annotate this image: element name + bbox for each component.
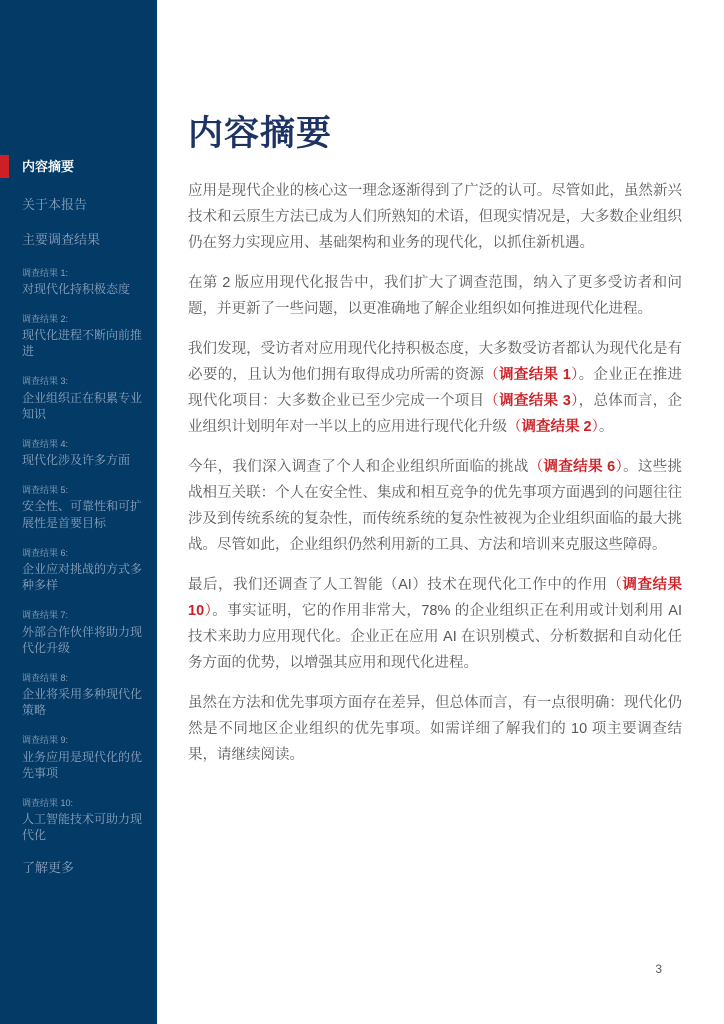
paragraph-4: 最后，我们还调查了人工智能（AI）技术在现代化工作中的作用（调查结果 10）。事… (188, 572, 682, 676)
paragraph-text: 。 (599, 419, 614, 435)
finding-ref[interactable]: 调查结果 1 (499, 367, 571, 383)
finding-ref[interactable]: 调查结果 2 (522, 419, 592, 435)
sidebar-item-label: 人工智能技术可助力现代化 (22, 811, 143, 843)
sidebar-item-0[interactable]: 内容摘要 (22, 158, 143, 176)
sidebar-item-label: 外部合作伙伴将助力现代化升级 (22, 624, 143, 656)
sidebar-item-eyebrow: 调查结果 3: (22, 375, 143, 387)
sidebar-item-eyebrow: 调查结果 2: (22, 313, 143, 325)
main-content: 内容摘要 应用是现代企业的核心这一理念逐渐得到了广泛的认可。尽管如此，虽然新兴技… (188, 0, 682, 782)
finding-ref-paren: （ (507, 419, 522, 435)
sidebar-item-label: 关于本报告 (22, 196, 143, 214)
sidebar: 内容摘要关于本报告主要调查结果调查结果 1:对现代化持积极态度调查结果 2:现代… (0, 0, 157, 1024)
sidebar-item-label: 现代化涉及许多方面 (22, 452, 143, 468)
sidebar-nav: 内容摘要关于本报告主要调查结果调查结果 1:对现代化持积极态度调查结果 2:现代… (22, 158, 143, 877)
sidebar-item-6[interactable]: 调查结果 4:现代化涉及许多方面 (22, 438, 143, 468)
sidebar-item-1[interactable]: 关于本报告 (22, 196, 143, 214)
sidebar-item-label: 企业应对挑战的方式多种多样 (22, 561, 143, 593)
sidebar-item-label: 对现代化持积极态度 (22, 281, 143, 297)
sidebar-item-2[interactable]: 主要调查结果 (22, 231, 143, 249)
sidebar-item-eyebrow: 调查结果 4: (22, 438, 143, 450)
sidebar-item-8[interactable]: 调查结果 6:企业应对挑战的方式多种多样 (22, 547, 143, 594)
paragraph-text: 在第 2 版应用现代化报告中，我们扩大了调查范围，纳入了更多受访者和问题，并更新… (188, 275, 682, 317)
sidebar-item-label: 企业组织正在积累专业知识 (22, 390, 143, 422)
paragraph-text: 最后，我们还调查了人工智能（AI）技术在现代化工作中的作用 (188, 577, 607, 593)
finding-ref-paren: （ (529, 459, 544, 475)
sidebar-item-11[interactable]: 调查结果 9:业务应用是现代化的优先事项 (22, 734, 143, 781)
finding-ref[interactable]: 调查结果 6 (544, 459, 616, 475)
sidebar-item-label: 主要调查结果 (22, 231, 143, 249)
sidebar-item-label: 现代化进程不断向前推进 (22, 327, 143, 359)
active-item-marker (0, 155, 9, 178)
sidebar-item-eyebrow: 调查结果 9: (22, 734, 143, 746)
body-paragraphs: 应用是现代企业的核心这一理念逐渐得到了广泛的认可。尽管如此，虽然新兴技术和云原生… (188, 178, 682, 768)
finding-ref-paren: （ (607, 577, 622, 593)
sidebar-item-10[interactable]: 调查结果 8:企业将采用多种现代化策略 (22, 672, 143, 719)
sidebar-item-13[interactable]: 了解更多 (22, 859, 143, 877)
finding-ref-paren: （ (484, 367, 499, 383)
sidebar-item-12[interactable]: 调查结果 10:人工智能技术可助力现代化 (22, 797, 143, 844)
finding-ref-paren: ） (615, 459, 623, 475)
finding-ref-paren: ） (592, 419, 599, 435)
sidebar-item-eyebrow: 调查结果 8: (22, 672, 143, 684)
paragraph-text: 今年，我们深入调查了个人和企业组织所面临的挑战 (188, 459, 529, 475)
paragraph-text: 。事实证明，它的作用非常大，78% 的企业组织正在利用或计划利用 AI 技术来助… (188, 603, 682, 671)
finding-ref-paren: ） (571, 367, 579, 383)
sidebar-item-eyebrow: 调查结果 1: (22, 267, 143, 279)
paragraph-1: 在第 2 版应用现代化报告中，我们扩大了调查范围，纳入了更多受访者和问题，并更新… (188, 270, 682, 322)
sidebar-item-label: 安全性、可靠性和可扩展性是首要目标 (22, 498, 143, 530)
sidebar-item-label: 业务应用是现代化的优先事项 (22, 749, 143, 781)
paragraph-2: 我们发现，受访者对应用现代化持积极态度，大多数受访者都认为现代化是有必要的，且认… (188, 336, 682, 440)
sidebar-item-label: 内容摘要 (22, 158, 143, 176)
paragraph-0: 应用是现代企业的核心这一理念逐渐得到了广泛的认可。尽管如此，虽然新兴技术和云原生… (188, 178, 682, 256)
sidebar-item-9[interactable]: 调查结果 7:外部合作伙伴将助力现代化升级 (22, 609, 143, 656)
paragraph-3: 今年，我们深入调查了个人和企业组织所面临的挑战（调查结果 6）。这些挑战相互关联… (188, 454, 682, 558)
page-title: 内容摘要 (188, 106, 682, 156)
sidebar-item-eyebrow: 调查结果 5: (22, 484, 143, 496)
sidebar-item-eyebrow: 调查结果 7: (22, 609, 143, 621)
sidebar-item-5[interactable]: 调查结果 3:企业组织正在积累专业知识 (22, 375, 143, 422)
sidebar-item-4[interactable]: 调查结果 2:现代化进程不断向前推进 (22, 313, 143, 360)
sidebar-item-label: 企业将采用多种现代化策略 (22, 686, 143, 718)
page-number: 3 (655, 962, 662, 976)
finding-ref-paren: （ (484, 393, 499, 409)
sidebar-item-3[interactable]: 调查结果 1:对现代化持积极态度 (22, 267, 143, 297)
sidebar-item-eyebrow: 调查结果 10: (22, 797, 143, 809)
finding-ref-paren: ） (571, 393, 579, 409)
sidebar-item-7[interactable]: 调查结果 5:安全性、可靠性和可扩展性是首要目标 (22, 484, 143, 531)
finding-ref[interactable]: 调查结果 3 (499, 393, 571, 409)
sidebar-item-label: 了解更多 (22, 859, 143, 877)
sidebar-item-eyebrow: 调查结果 6: (22, 547, 143, 559)
paragraph-text: 虽然在方法和优先事项方面存在差异，但总体而言，有一点很明确：现代化仍然是不同地区… (188, 695, 682, 763)
paragraph-5: 虽然在方法和优先事项方面存在差异，但总体而言，有一点很明确：现代化仍然是不同地区… (188, 690, 682, 768)
paragraph-text: 应用是现代企业的核心这一理念逐渐得到了广泛的认可。尽管如此，虽然新兴技术和云原生… (188, 183, 682, 251)
